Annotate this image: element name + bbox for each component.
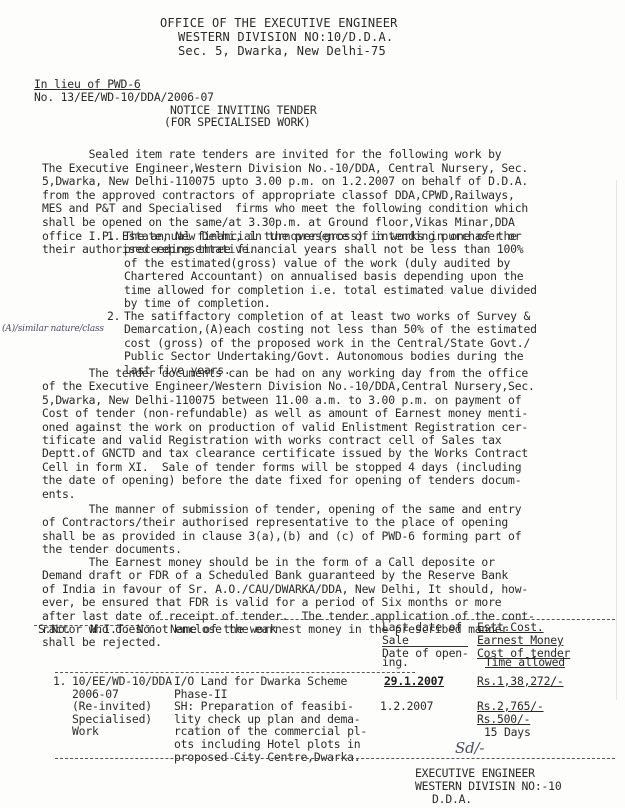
condition-line: preceeding three financial years shall n… <box>124 243 523 256</box>
nit-line: Work <box>72 725 99 738</box>
paragraph-line: of India in favour of Sr. A.O./CAU/DWARK… <box>42 583 528 596</box>
condition-number: 2. <box>107 310 120 323</box>
condition-line: of the estimated(gross) value of the wor… <box>124 257 510 270</box>
office-header-line3: Sec. 5, Dwarka, New Delhi-75 <box>178 45 386 58</box>
condition-line: Demarcation,(A)each costing not less tha… <box>124 323 537 336</box>
condition-line: Chartered Accountant) on annualised basi… <box>124 270 523 283</box>
row-estt-cost: Rs.1,38,272/- <box>477 675 564 688</box>
paragraph-line: The Earnest money should be in the form … <box>42 556 495 569</box>
paragraph-line: shall be rejected. <box>42 636 162 649</box>
paragraph-line: ever, be ensured that FDR is valid for a… <box>42 596 501 609</box>
scanned-document-page: OFFICE OF THE EXECUTIVE ENGINEER WESTERN… <box>0 0 625 808</box>
office-header-line1: OFFICE OF THE EXECUTIVE ENGINEER <box>160 17 398 30</box>
table-bottom-separator <box>55 758 615 759</box>
paragraph-line: The manner of submission of tender, open… <box>42 503 521 516</box>
col-header-time-allowed: Time allowed <box>485 656 565 669</box>
condition-line: The annual financial turnover(gross) in … <box>124 230 517 243</box>
scan-edge-line <box>616 180 617 700</box>
paragraph-line: The tender documents can be had on any w… <box>42 367 528 380</box>
notice-subtitle: (FOR SPECIALISED WORK) <box>164 116 310 129</box>
office-header-line2: WESTERN DIVISION NO:10/D.D.A. <box>178 31 393 44</box>
paragraph-line: Demand draft or FDR of a Scheduled Bank … <box>42 569 508 582</box>
paragraph-line: Cost of tender (non-refundable) as well … <box>42 407 528 420</box>
condition-line: Public Sector Undertaking/Govt. Autonomo… <box>124 350 523 363</box>
paragraph-line: of the Executive Engineer/Western Divisi… <box>42 380 535 393</box>
condition-number: 1. <box>107 230 120 243</box>
paragraph-line: tificate and valid Registration with wor… <box>42 434 501 447</box>
paragraph-line: MES and P&T and Specialised firms who me… <box>42 202 528 215</box>
paragraph-line: 5,Dwarka, New Delhi-110075 upto 3.00 p.m… <box>42 175 528 188</box>
condition-line: cost (gross) of the proposed work in the… <box>124 337 530 350</box>
handwritten-margin-note: (A)/similar nature/class <box>2 323 104 336</box>
row-sno: 1. <box>53 675 66 688</box>
col-header-nit-no: N.I.T. No. <box>90 623 157 636</box>
col-header-date-opening: Date of open- ing. <box>382 649 472 667</box>
paragraph-line: of Contractors/their authorised represen… <box>42 516 508 529</box>
header-row-separator <box>55 672 415 673</box>
row-date-opening: 1.2.2007 <box>380 700 433 713</box>
paragraph-line: Sealed item rate tenders are invited for… <box>42 148 501 161</box>
col-header-last-date-sale: Last date of Sale <box>382 621 472 647</box>
condition-line: The satiffactory completion of at least … <box>124 310 530 323</box>
paragraph-line: from the approved contractors of appropr… <box>42 189 515 202</box>
row-time-allowed: 15 Days <box>484 726 531 739</box>
paragraph-line: Deptt.of GNCTD and tax clearance certifi… <box>42 447 528 460</box>
paragraph-line: shall be as provided in clause 3(a),(b) … <box>42 530 521 543</box>
row-last-date-sale: 29.1.2007 <box>384 675 444 688</box>
paragraph-line: Cell in form XI. Sale of tender forms wi… <box>42 461 521 474</box>
signature-dda: D.D.A. <box>432 793 472 806</box>
paragraph-line: shall be opened on the same/at 3.30p.m. … <box>42 216 515 229</box>
paragraph-line: oned against the work on production of v… <box>42 421 528 434</box>
signature-mark: Sd/- <box>455 742 484 755</box>
col-header-name: Name of the work <box>170 623 277 636</box>
col-header-sno: S.No. <box>38 623 71 636</box>
paragraph-line: ents. <box>42 488 75 501</box>
paragraph-line: The Executive Engineer,Western Division … <box>42 162 528 175</box>
condition-line: time allowed for completion i.e. total e… <box>124 284 537 297</box>
paragraph-line: the date of opening) before the date fix… <box>42 474 521 487</box>
paragraph-line: 5,Dwarka, New Delhi-110075 between 11.00… <box>42 394 521 407</box>
